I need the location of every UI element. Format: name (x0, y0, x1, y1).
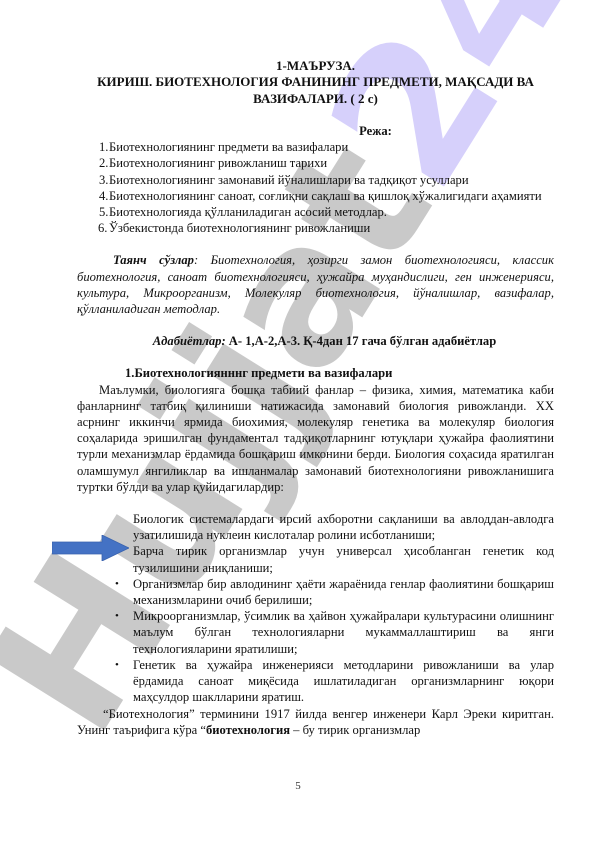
achievement-text: Биологик системалардаги ирсий ахборотни … (133, 512, 554, 542)
plan-item-number: 6. (98, 220, 107, 236)
document-page: Hujjat24 1-МАЪРУЗА. КИРИШ. БИОТЕХНОЛОГИЯ… (0, 0, 596, 842)
plan-item-text: Биотехнологияда қўлланиладиган асосий ме… (109, 205, 387, 219)
achievement-item: •Организмлар бир авлодининг ҳаёти жараён… (77, 576, 554, 608)
plan-item: 1.Биотехнологиянинг предмети ва вазифала… (77, 139, 554, 155)
keywords-paragraph: Таянч сўзлар: Биотехнология, ҳозирги зам… (77, 252, 554, 317)
plan-list: 1.Биотехнологиянинг предмети ва вазифала… (77, 139, 554, 236)
plan-item: 3.Биотехнологиянинг замонавий йўналишлар… (77, 172, 554, 188)
plan-item-number: 5. (99, 204, 109, 220)
plan-item-text: Ўзбекистонда биотехнологиянинг ривожлани… (109, 221, 370, 235)
literature-text: А- 1,А-2,А-3. Қ-4дан 17 гача бўлган адаб… (226, 334, 497, 348)
plan-item-number: 3. (99, 172, 109, 188)
plan-item: 6.Ўзбекистонда биотехнологиянинг ривожла… (77, 220, 554, 236)
page-number: 5 (0, 780, 596, 792)
achievement-text: Организмлар бир авлодининг ҳаёти жараёни… (133, 577, 554, 607)
section-intro-paragraph: Маълумки, биологияга бошқа табиий фанлар… (77, 382, 554, 495)
achievement-text: Генетик ва ҳужайра инженерияси методлари… (133, 658, 554, 704)
achievement-text: Микроорганизмлар, ўсимлик ва ҳайвон ҳужа… (133, 609, 554, 655)
lecture-title: КИРИШ. БИОТЕХНОЛОГИЯ ФАНИНИНГ ПРЕДМЕТИ, … (77, 74, 554, 107)
achievement-text: Барча тирик организмлар учун универсал ҳ… (133, 544, 554, 574)
achievement-item: •Генетик ва ҳужайра инженерияси методлар… (77, 657, 554, 706)
bullet-icon: • (115, 576, 119, 592)
literature-line: Адабиётлар: А- 1,А-2,А-3. Қ-4дан 17 гача… (77, 333, 554, 349)
plan-item-number: 1. (99, 139, 109, 155)
lecture-number: 1-МАЪРУЗА. (77, 58, 554, 74)
bullet-icon: • (115, 608, 119, 624)
literature-label: Адабиётлар: (153, 334, 226, 348)
plan-item: 4.Биотехнологиянинг саноат, соғлиқни сақ… (77, 188, 554, 204)
plan-item-text: Биотехнологиянинг предмети ва вазифалари (109, 140, 348, 154)
right-arrow-icon (52, 535, 129, 561)
plan-item-text: Биотехнологиянинг саноат, соғлиқни сақла… (109, 189, 542, 203)
closing-term: биотехнология (206, 723, 290, 737)
keywords-label: Таянч сўзлар (113, 253, 194, 267)
achievement-item: Биологик системалардаги ирсий ахборотни … (77, 511, 554, 543)
document-body: 1-МАЪРУЗА. КИРИШ. БИОТЕХНОЛОГИЯ ФАНИНИНГ… (77, 58, 554, 738)
plan-item: 5.Биотехнологияда қўлланиладиган асосий … (77, 204, 554, 220)
plan-item-text: Биотехнологиянинг замонавий йўналишлари … (109, 173, 469, 187)
plan-item-number: 2. (99, 155, 109, 171)
achievement-item: •Микроорганизмлар, ўсимлик ва ҳайвон ҳуж… (77, 608, 554, 657)
section-heading: 1.Биотехнологиянннг предмети ва вазифала… (77, 365, 554, 381)
achievements-list: Биологик системалардаги ирсий ахборотни … (77, 511, 554, 705)
plan-heading: Режа: (77, 123, 554, 139)
closing-text-end: – бу тирик организмлар (290, 723, 420, 737)
closing-paragraph: “Биотехнология” терминини 1917 йилда вен… (77, 706, 554, 738)
bullet-icon: • (115, 657, 119, 673)
achievement-item: •Барча тирик организмлар учун универсал … (77, 543, 554, 575)
plan-item: 2.Биотехнологиянинг ривожланиш тарихи (77, 155, 554, 171)
plan-item-text: Биотехнологиянинг ривожланиш тарихи (109, 156, 327, 170)
plan-item-number: 4. (99, 188, 109, 204)
